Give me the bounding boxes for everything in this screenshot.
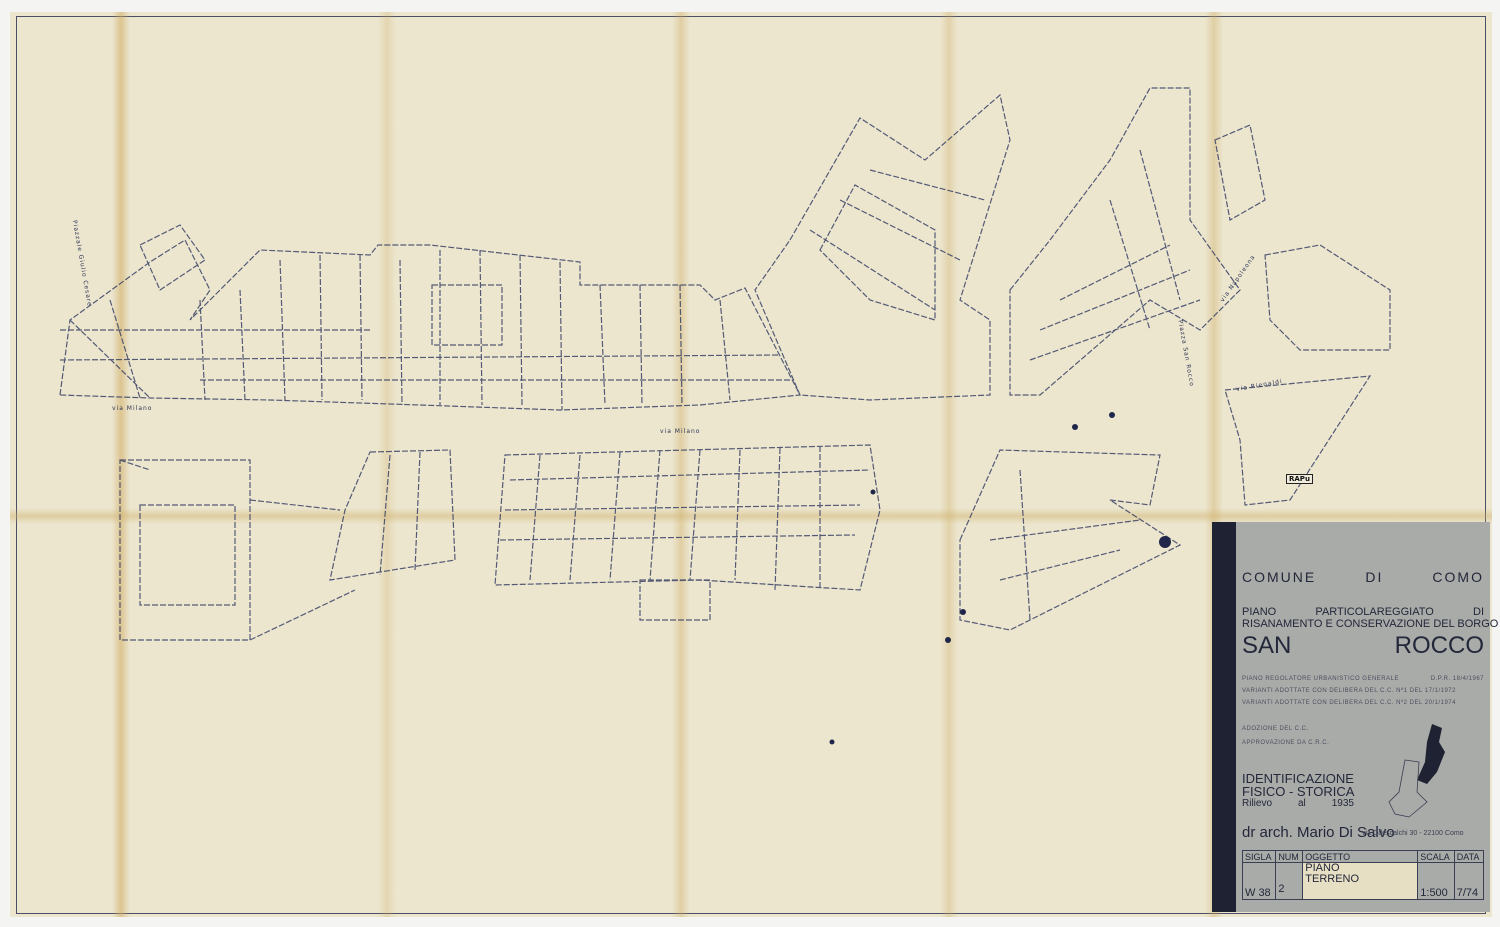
sigla-value: W 38 [1243, 863, 1276, 900]
survey-year: 1935 [1332, 798, 1354, 809]
data-value: 7/74 [1454, 863, 1483, 900]
identification-subheading: FISICO - STORICA [1242, 784, 1354, 799]
col-num: NUM [1276, 851, 1303, 863]
rapu-marker: RAPu [1286, 474, 1313, 484]
plan-type-line: PIANO PARTICOLAREGGIATO DI [1242, 606, 1484, 618]
regulation-line: VARIANTI ADOTTATE CON DELIBERA DEL C.C. … [1242, 700, 1484, 706]
col-sigla: SIGLA [1243, 851, 1276, 863]
col-data: DATA [1454, 851, 1483, 863]
comune-word: COMUNE [1242, 569, 1316, 585]
title-block: COMUNE DI COMO PIANO PARTICOLAREGGIATO D… [1212, 522, 1490, 912]
oggetto-line: TERRENO [1305, 874, 1415, 885]
san-word: SAN [1242, 632, 1291, 660]
drawing-info-table: SIGLA NUM OGGETTO SCALA DATA W 38 2 PIAN… [1242, 850, 1484, 900]
survey-word: al [1298, 798, 1306, 809]
approval-line: ADOZIONE DEL C.C. [1242, 726, 1309, 732]
regulation-date: D.P.R. 18/4/1967 [1431, 676, 1484, 682]
regulation-line: PIANO REGOLATORE URBANISTICO GENERALE D.… [1242, 676, 1484, 682]
como-word: COMO [1432, 569, 1484, 585]
regulation-text: VARIANTI ADOTTATE CON DELIBERA DEL C.C. … [1242, 688, 1456, 694]
num-value: 2 [1276, 863, 1303, 900]
di-word: DI [1365, 569, 1383, 585]
particolareggiato-word: PARTICOLAREGGIATO [1315, 606, 1433, 618]
plan-purpose-line: RISANAMENTO E CONSERVAZIONE DEL BORGO [1242, 618, 1484, 630]
piano-word: PIANO [1242, 606, 1276, 618]
regulation-text: PIANO REGOLATORE URBANISTICO GENERALE [1242, 676, 1399, 682]
rocco-word: ROCCO [1395, 632, 1484, 660]
survey-word: Rilievo [1242, 798, 1272, 809]
approval-line: APPROVAZIONE DA C.R.C. [1242, 740, 1329, 746]
key-map-icon [1387, 722, 1457, 822]
title-block-binding-strip [1212, 522, 1236, 912]
street-label-via-milano-west: via Milano [112, 405, 152, 412]
scala-value: 1:500 [1418, 863, 1454, 900]
col-scala: SCALA [1418, 851, 1454, 863]
comune-heading: COMUNE DI COMO [1242, 569, 1484, 585]
borgo-name: SAN ROCCO [1242, 632, 1484, 660]
street-label-via-milano-center: via Milano [660, 428, 700, 435]
regulation-text: VARIANTI ADOTTATE CON DELIBERA DEL C.C. … [1242, 700, 1456, 706]
survey-line: Rilievo al 1935 [1242, 798, 1354, 809]
architect-address: via Odescalchi 30 - 22100 Como [1362, 830, 1464, 837]
oggetto-value: PIANO TERRENO [1303, 863, 1418, 900]
regulation-line: VARIANTI ADOTTATE CON DELIBERA DEL C.C. … [1242, 688, 1484, 694]
di-word: DI [1473, 606, 1484, 618]
col-oggetto: OGGETTO [1303, 851, 1418, 863]
